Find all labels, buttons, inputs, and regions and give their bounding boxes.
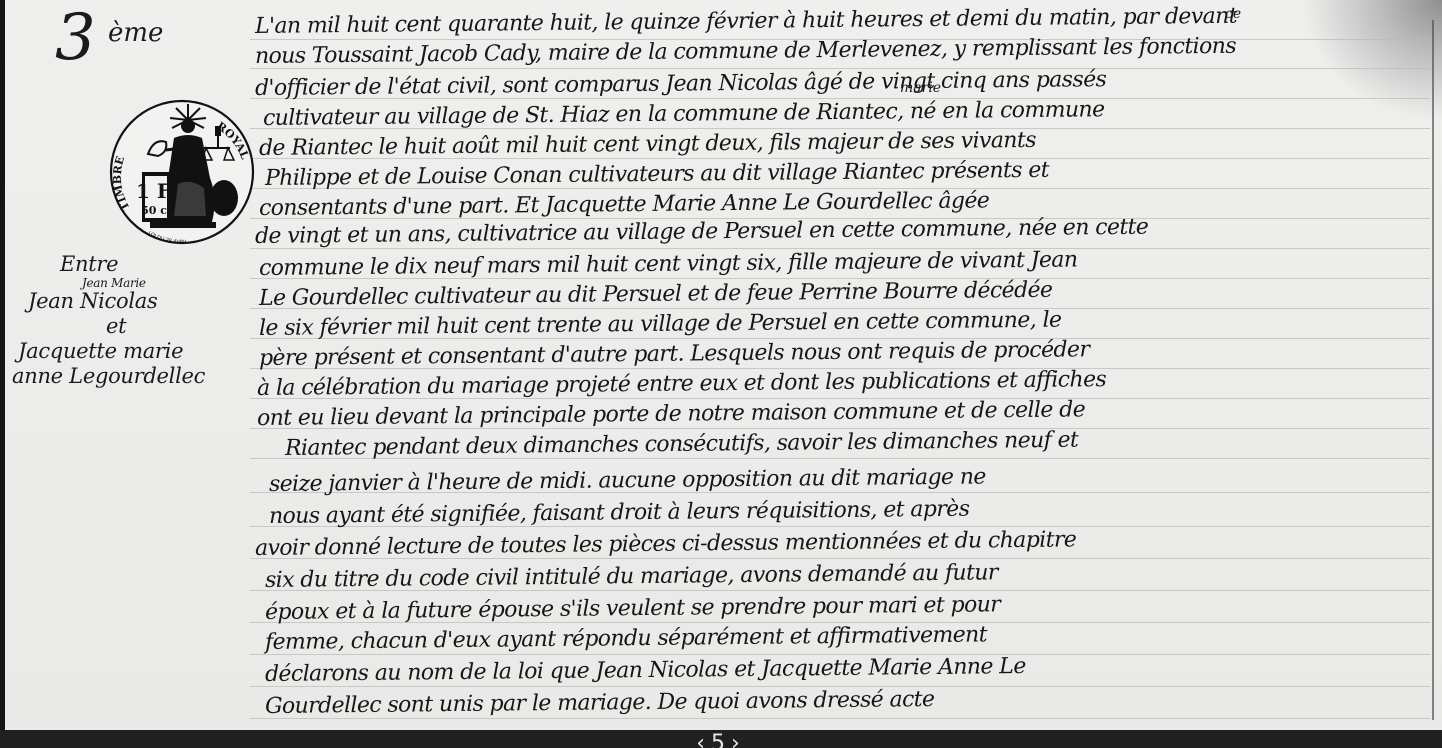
page-binding-edge [0,0,5,730]
text-line: six du titre du code civil intitulé du m… [265,560,998,593]
ruled-line [250,718,1430,719]
stamp-value-cents: 50 c. [141,204,171,217]
text-line: Philippe et de Louise Conan cultivateurs… [265,158,1049,191]
right-margin-rule [1432,20,1434,720]
page-number: 5 [711,731,731,748]
text-line: à la célébration du mariage projeté entr… [257,367,1106,401]
text-line: Riantec pendant deux dimanches consécuti… [285,428,1078,461]
text-line: nous ayant été signifiée, faisant droit … [269,497,970,529]
royal-stamp-icon: 1 F. 50 c. TIMBRE [108,98,256,246]
ruled-line [250,68,1430,69]
text-line: époux et à la future épouse s'ils veulen… [265,592,1000,625]
next-page-button[interactable]: › [731,731,746,748]
previous-page-button[interactable]: ‹ [696,731,711,748]
margin-note-line: Jean Nicolas [10,289,260,314]
page-indicator: ‹5› [0,733,1442,748]
scanned-page: 3 ème 1 F. 50 c. [0,0,1442,730]
text-line: consentants d'une part. Et Jacquette Mar… [259,188,990,221]
stamp-value-francs: 1 F. [136,179,176,203]
text-line: d'officier de l'état civil, sont comparu… [255,67,1106,101]
act-number-suffix: ème [108,18,163,48]
text-line: femme, chacun d'eux ayant répondu séparé… [265,622,987,655]
text-line: avoir donné lecture de toutes les pièces… [255,527,1077,561]
text-line: le six février mil huit cent trente au v… [259,308,1062,341]
ruled-line [250,654,1430,655]
text-line: cultivateur au village de St. Hiaz en la… [263,97,1105,131]
text-line: de vingt et un ans, cultivatrice au vill… [255,215,1149,249]
text-line: Gourdellec sont unis par le mariage. De … [265,687,935,719]
document-viewer: 3 ème 1 F. 50 c. [0,0,1442,748]
margin-note-line: Entre [10,252,260,277]
text-line: déclarons au nom de la loi que Jean Nico… [265,654,1026,687]
viewer-toolbar: ‹5› [0,730,1442,748]
text-line: Le Gourdellec cultivateur au dit Persuel… [259,278,1053,311]
act-number: 3 [55,6,96,70]
text-line: L'an mil huit cent quarante huit, le qui… [255,4,1237,39]
margin-note-line: Jean Marie [10,277,260,289]
margin-note-line: Jacquette marie [10,339,260,364]
text-line: ont eu lieu devant la principale porte d… [257,397,1085,431]
margin-note: Entre Jean Marie Jean Nicolas et Jacquet… [10,252,260,389]
ruled-line [250,248,1430,249]
ruled-line [250,686,1430,687]
text-line: de Riantec le huit août mil huit cent vi… [259,128,1036,161]
margin-note-line: anne Legourdellec [10,364,260,389]
margin-note-line: et [10,314,260,339]
text-line: commune le dix neuf mars mil huit cent v… [259,247,1078,281]
text-line: père présent et consentant d'autre part.… [259,337,1090,371]
